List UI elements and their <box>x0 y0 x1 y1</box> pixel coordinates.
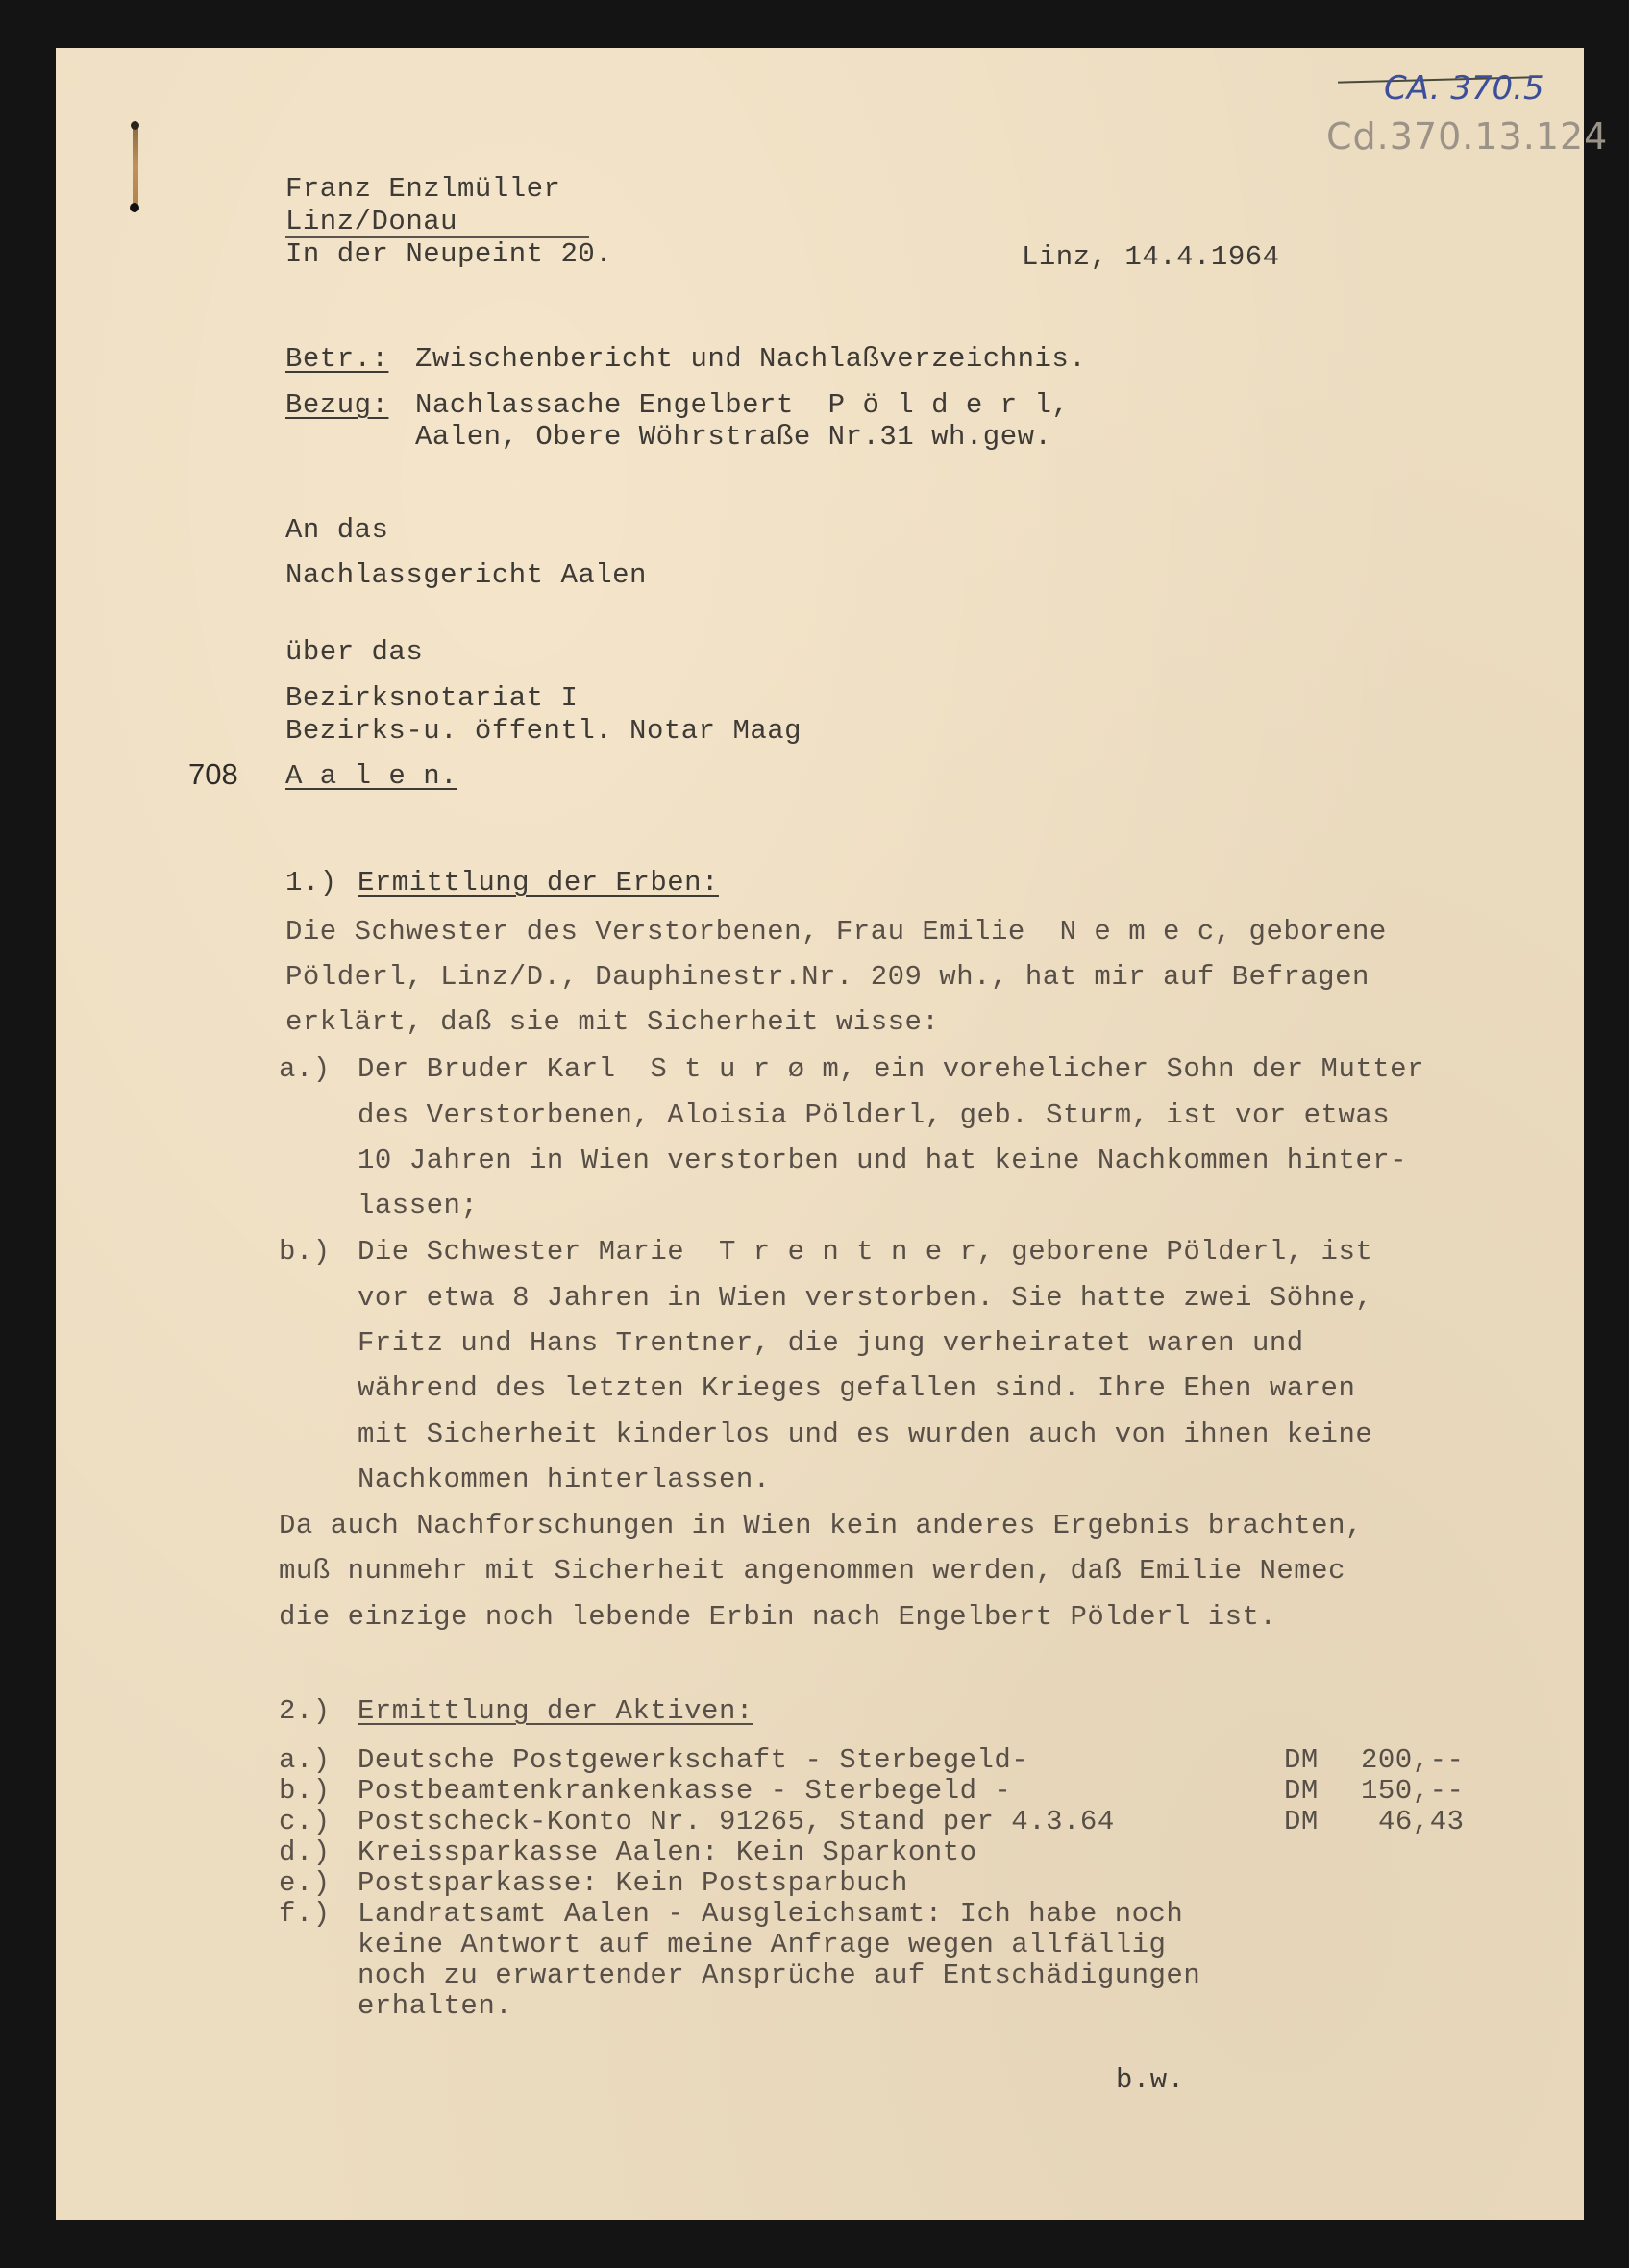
asset-currency: DM <box>1284 1744 1319 1777</box>
item-a-line: des Verstorbenen, Aloisia Pölderl, geb. … <box>358 1099 1390 1132</box>
turn-over-note: b.w. <box>1116 2064 1185 2097</box>
asset-amount: 150,-- <box>1361 1775 1464 1808</box>
archive-mark-blue: CA. 370.5 <box>1384 69 1544 108</box>
bezug-line2: Aalen, Obere Wöhrstraße Nr.31 wh.gew. <box>415 421 1051 454</box>
recipient-line3: über das <box>285 636 423 669</box>
item-a-line: Der Bruder Karl S t u r ø m, ein vorehel… <box>358 1053 1424 1086</box>
conclusion-line: die einzige noch lebende Erbin nach Enge… <box>279 1601 1276 1634</box>
staple-hole-top <box>131 121 139 130</box>
item-b-line: mit Sicherheit kinderlos und es wurden a… <box>358 1418 1372 1451</box>
recipient-city: A a l e n. <box>285 760 457 793</box>
item-b-line: Die Schwester Marie T r e n t n e r, geb… <box>358 1236 1372 1269</box>
asset-text: Postscheck-Konto Nr. 91265, Stand per 4.… <box>358 1806 1115 1838</box>
item-a-line: 10 Jahren in Wien verstorben und hat kei… <box>358 1145 1407 1177</box>
asset-f-continuation: noch zu erwartender Ansprüche auf Entsch… <box>358 1960 1200 1992</box>
asset-text: Deutsche Postgewerkschaft - Sterbegeld- <box>358 1744 1028 1777</box>
asset-label: e.) <box>279 1867 331 1900</box>
asset-label: d.) <box>279 1837 331 1869</box>
asset-text: Landratsamt Aalen - Ausgleichsamt: Ich h… <box>358 1898 1183 1931</box>
recipient-line2: Nachlassgericht Aalen <box>285 559 647 592</box>
asset-label: f.) <box>279 1898 331 1931</box>
asset-currency: DM <box>1284 1806 1319 1838</box>
bezug-label: Bezug: <box>285 389 388 422</box>
section1-heading: Ermittlung der Erben: <box>358 867 719 900</box>
staple-rust-mark <box>133 123 138 210</box>
conclusion-line: muß nunmehr mit Sicherheit angenommen we… <box>279 1555 1345 1588</box>
staple-hole-bottom <box>130 203 139 212</box>
asset-f-continuation: keine Antwort auf meine Anfrage wegen al… <box>358 1929 1166 1961</box>
asset-label: c.) <box>279 1806 331 1838</box>
section1-intro-line: Die Schwester des Verstorbenen, Frau Emi… <box>285 916 1387 949</box>
asset-currency: DM <box>1284 1775 1319 1808</box>
section1-intro-line: erklärt, daß sie mit Sicherheit wisse: <box>285 1006 939 1039</box>
recipient-line4: Bezirksnotariat I <box>285 682 578 715</box>
date-line: Linz, 14.4.1964 <box>1022 241 1280 274</box>
item-a-label: a.) <box>279 1053 331 1086</box>
recipient-line5: Bezirks-u. öffentl. Notar Maag <box>285 715 802 748</box>
betr-text: Zwischenbericht und Nachlaßverzeichnis. <box>415 343 1086 376</box>
asset-text: Postsparkasse: Kein Postsparbuch <box>358 1867 908 1900</box>
archive-mark-pencil: Cd.370.13.124 <box>1326 115 1608 158</box>
conclusion-line: Da auch Nachforschungen in Wien kein and… <box>279 1510 1363 1542</box>
section1-number: 1.) <box>285 867 337 900</box>
item-b-line: während des letzten Krieges gefallen sin… <box>358 1372 1355 1405</box>
asset-text: Kreissparkasse Aalen: Kein Sparkonto <box>358 1837 977 1869</box>
postal-code: 708 <box>188 757 238 792</box>
bezug-line1: Nachlassache Engelbert P ö l d e r l, <box>415 389 1069 422</box>
recipient-line1: An das <box>285 514 388 547</box>
item-b-line: Nachkommen hinterlassen. <box>358 1464 771 1496</box>
item-b-label: b.) <box>279 1236 331 1269</box>
asset-amount: 46,43 <box>1378 1806 1465 1838</box>
sender-street: In der Neupeint 20. <box>285 238 612 271</box>
asset-label: a.) <box>279 1744 331 1777</box>
item-b-line: vor etwa 8 Jahren in Wien verstorben. Si… <box>358 1282 1372 1315</box>
item-b-line: Fritz und Hans Trentner, die jung verhei… <box>358 1327 1304 1360</box>
section2-number: 2.) <box>279 1695 331 1728</box>
sender-city: Linz/Donau <box>285 206 457 238</box>
item-a-line: lassen; <box>358 1190 478 1222</box>
asset-amount: 200,-- <box>1361 1744 1464 1777</box>
section1-intro-line: Pölderl, Linz/D., Dauphinestr.Nr. 209 wh… <box>285 961 1370 994</box>
asset-text: Postbeamtenkrankenkasse - Sterbegeld - <box>358 1775 1011 1808</box>
asset-f-continuation: erhalten. <box>358 1990 512 2023</box>
section2-heading: Ermittlung der Aktiven: <box>358 1695 753 1728</box>
asset-label: b.) <box>279 1775 331 1808</box>
betr-label: Betr.: <box>285 343 388 376</box>
sender-name: Franz Enzlmüller <box>285 173 560 206</box>
